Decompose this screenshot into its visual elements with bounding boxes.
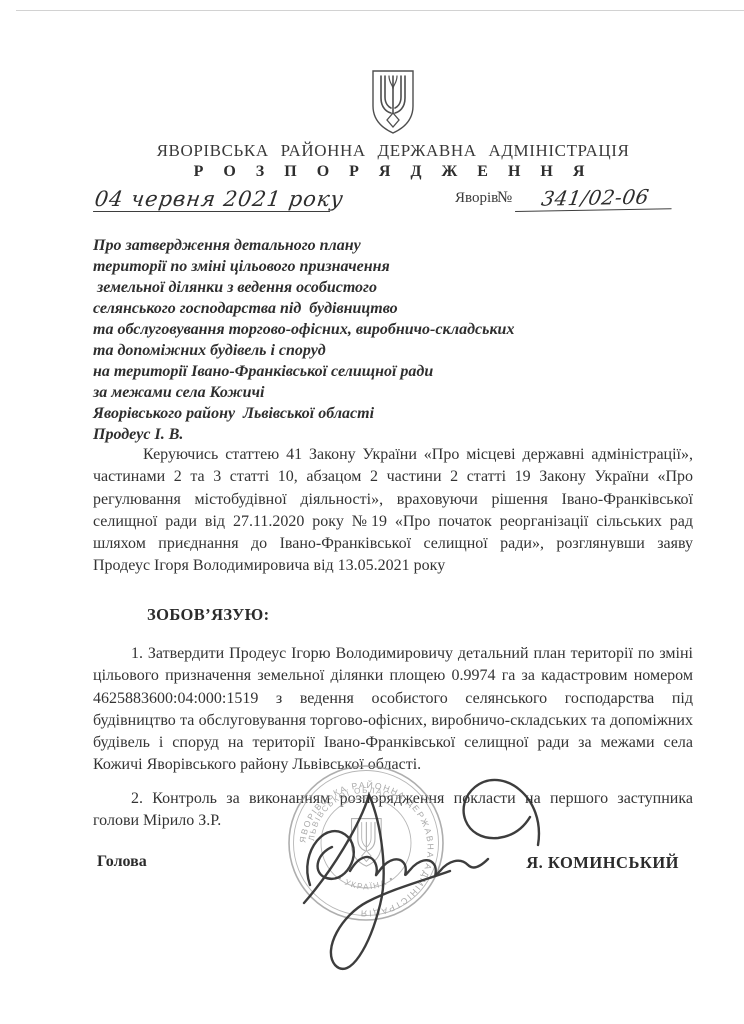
date-number-row: 04 червня 2021 року Яворів № 341/02-06 [93, 182, 693, 212]
subject-line: на території Івано-Франківської селищної… [93, 361, 693, 382]
signer-position: Голова [97, 853, 147, 871]
svg-text:• УКРАЇНА •: • УКРАЇНА • [336, 874, 396, 892]
item-2-paragraph: 2. Контроль за виконанням розпорядження … [93, 788, 693, 833]
stamp-bottom-text: • УКРАЇНА • [336, 874, 396, 892]
subject-line: за межами села Кожичі [93, 382, 693, 403]
item-1-paragraph: 1. Затвердити Продеус Ігорю Володимирови… [93, 643, 693, 777]
handwritten-date: 04 червня 2021 року [93, 187, 334, 212]
subject-line: Про затвердження детального плану [93, 235, 693, 256]
subject-line: та обслуговування торгово-офісних, вироб… [93, 319, 693, 340]
number-sign: № [497, 189, 512, 207]
signature-row: Голова Я. КОМИНСЬКИЙ [93, 853, 693, 875]
subject-line: Яворівського району Львівської області [93, 403, 693, 424]
subject-line: території по зміні цільового призначення [93, 256, 693, 277]
resolution-heading: ЗОБОВ’ЯЗУЮ: [147, 605, 269, 625]
handwritten-number: 341/02-06 [515, 184, 675, 212]
ukraine-trident-icon [369, 68, 417, 136]
preamble-paragraph: Керуючись статтею 41 Закону України «Про… [93, 444, 693, 578]
document-page: ЯВОРІВСЬКА РАЙОННА ДЕРЖАВНА АДМІНІСТРАЦІ… [0, 0, 744, 1024]
subject-line: Продеус І. В. [93, 424, 693, 445]
document-type-title: Р О З П О Р Я Д Ж Е Н Н Я [93, 163, 693, 181]
subject-block: Про затвердження детального плану терито… [93, 235, 693, 445]
subject-line: селянського господарства під будівництво [93, 298, 693, 319]
subject-line: та допоміжних будівель і споруд [93, 340, 693, 361]
administration-title: ЯВОРІВСЬКА РАЙОННА ДЕРЖАВНА АДМІНІСТРАЦІ… [93, 141, 693, 161]
subject-line: земельної ділянки з ведення особистого [93, 277, 693, 298]
coat-of-arms [93, 68, 693, 141]
place-label: Яворів [455, 190, 498, 207]
signer-name: Я. КОМИНСЬКИЙ [526, 853, 679, 873]
scan-artifact-line [16, 10, 744, 11]
